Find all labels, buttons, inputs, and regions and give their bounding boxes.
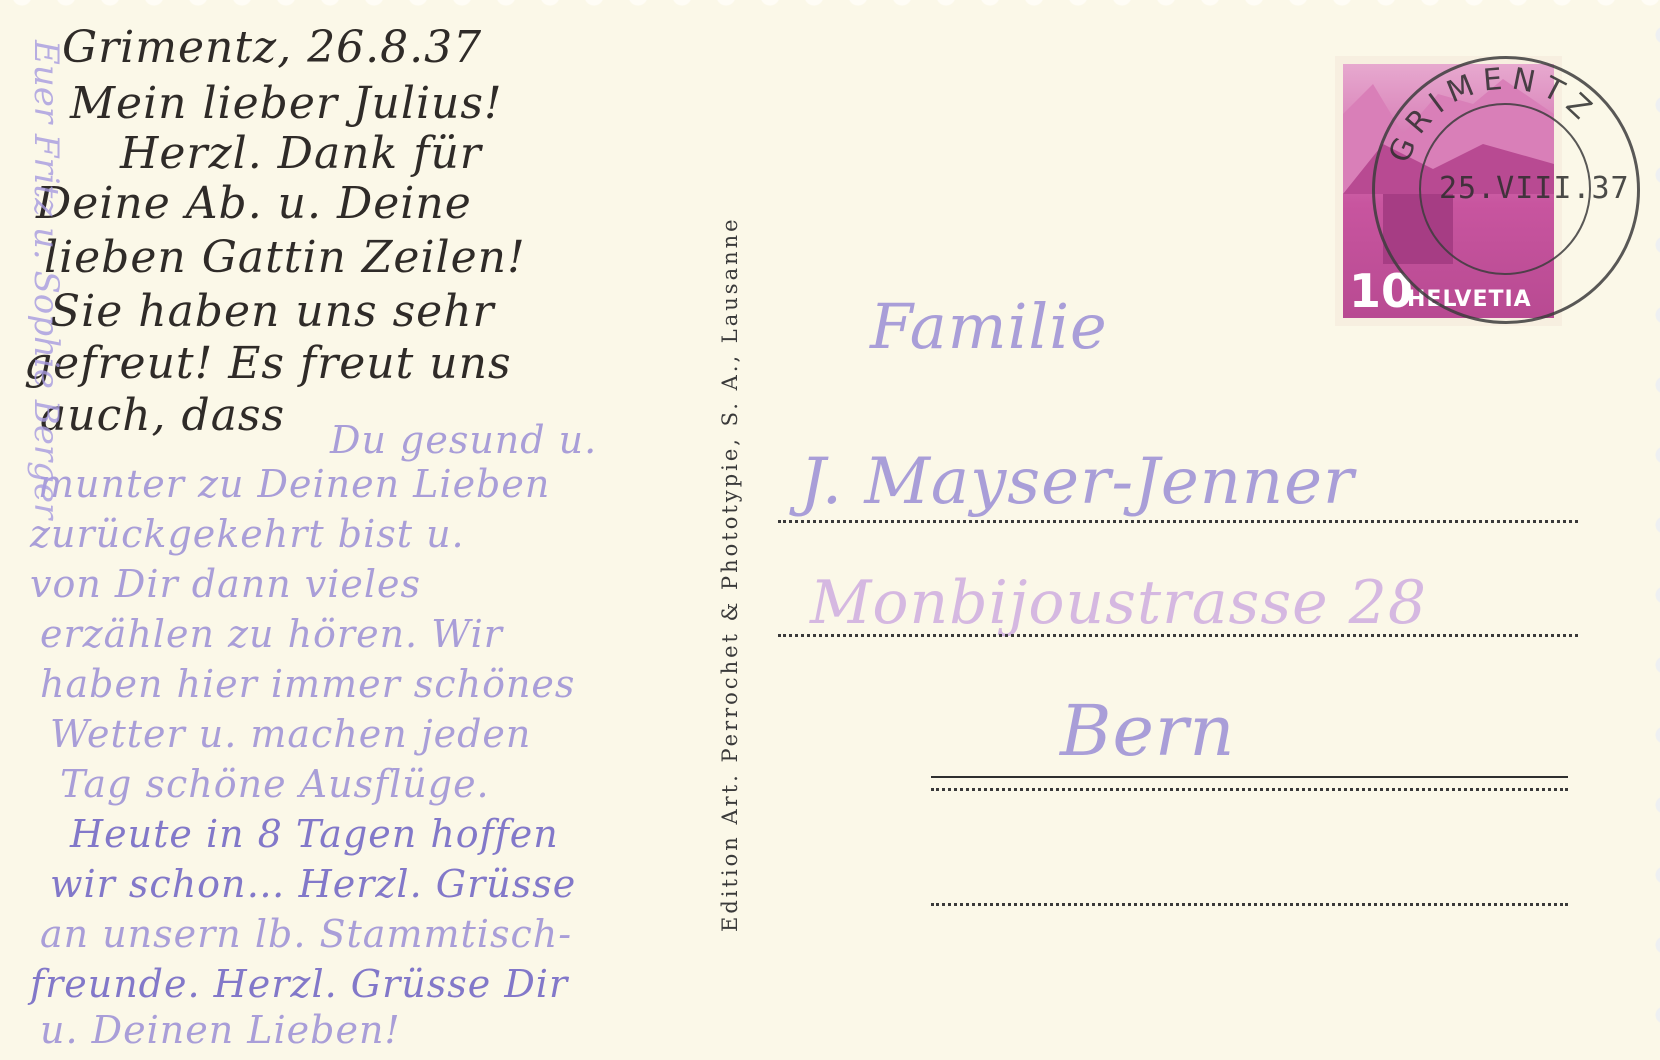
postcard-back: Grimentz, 26.8.37 Mein lieber Julius! He… [0, 0, 1660, 1060]
address-dotted-line-1 [778, 520, 1578, 523]
address-dotted-line-3 [931, 788, 1568, 791]
message-line: zurückgekehrt bist u. [30, 512, 465, 556]
message-line: Sie haben uns sehr [50, 286, 495, 337]
message-line: freunde. Herzl. Grüsse Dir [30, 962, 568, 1006]
postmark-date: 25.VIII.37 [1439, 171, 1630, 206]
message-line: Heute in 8 Tagen hoffen [70, 812, 559, 856]
publisher-imprint: Edition Art. Perrochet & Phototypie, S. … [718, 216, 742, 932]
message-line: munter zu Deinen Lieben [38, 462, 550, 506]
message-line: u. Deinen Lieben! [40, 1008, 401, 1052]
message-line: Du gesund u. [330, 418, 597, 462]
message-line: auch, dass [40, 390, 285, 441]
message-line: von Dir dann vieles [30, 562, 421, 606]
message-line: haben hier immer schönes [40, 662, 575, 706]
message-line: wir schon… Herzl. Grüsse [50, 862, 576, 906]
message-line: Deine Ab. u. Deine [36, 178, 472, 229]
deckled-right-edge [1648, 0, 1660, 1060]
address-line-3: Monbijoustrasse 28 [810, 568, 1427, 638]
message-line: Mein lieber Julius! [70, 78, 503, 129]
address-dotted-line-2 [778, 634, 1578, 637]
margin-note: Euer Fritz u. Sophie Berger [26, 40, 66, 519]
message-line: gefreut! Es freut uns [24, 338, 512, 389]
message-line: Herzl. Dank für [120, 128, 482, 179]
svg-text:GRIMENTZ: GRIMENTZ [1382, 61, 1604, 167]
deckled-top-edge [0, 0, 1660, 14]
message-line: Grimentz, 26.8.37 [62, 22, 482, 73]
message-line: an unsern lb. Stammtisch- [40, 912, 572, 956]
message-line: Wetter u. machen jeden [50, 712, 531, 756]
address-line-1: Familie [870, 290, 1108, 363]
message-line: lieben Gattin Zeilen! [44, 232, 526, 283]
postmark: GRIMENTZ 25.VIII.37 [1372, 56, 1640, 324]
message-line: Tag schöne Ausflüge. [60, 762, 490, 806]
address-line-2: J. Mayser-Jenner [800, 445, 1355, 519]
address-line-4: Bern [1060, 690, 1235, 772]
address-solid-line [931, 776, 1568, 778]
message-line: erzählen zu hören. Wir [40, 612, 503, 656]
address-dotted-line-4 [931, 903, 1568, 906]
